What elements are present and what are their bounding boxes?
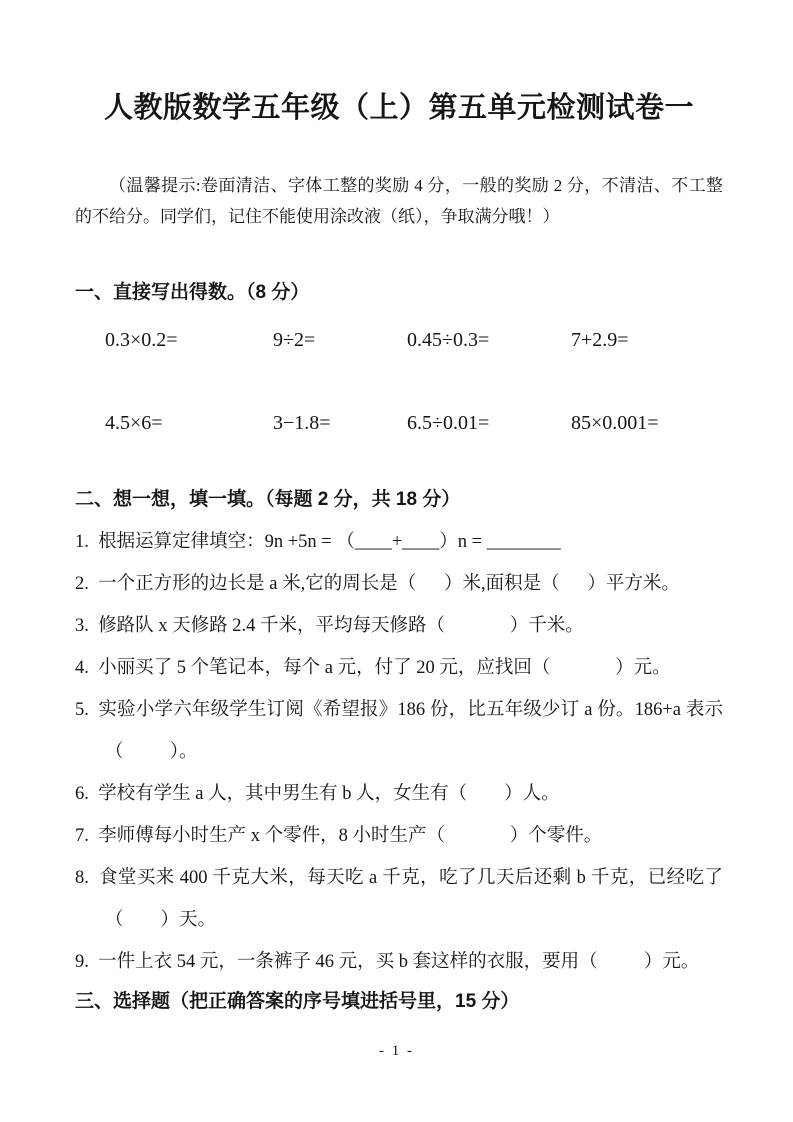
section-fill-in-blanks: 二、想一想，填一填。（每题 2 分，共 18 分） 1. 根据运算定律填空：9n… [75,485,723,983]
fill-item-4: 4. 小丽买了 5 个笔记本，每个 a 元，付了 20 元，应找回（ ）元。 [75,647,723,689]
calc-row-1: 0.3×0.2= 9÷2= 0.45÷0.3= 7+2.9= [75,326,723,354]
fill-item-3: 3. 修路队 x 天修路 2.4 千米，平均每天修路（ ）千米。 [75,605,723,647]
calc-problem: 7+2.9= [571,326,723,354]
test-paper-page: 人教版数学五年级（上）第五单元检测试卷一 （温馨提示:卷面清洁、字体工整的奖励 … [0,0,793,1122]
fill-item-9: 9. 一件上衣 54 元，一条裤子 46 元，买 b 套这样的衣服，要用（ ）元… [75,941,723,983]
fill-item-2: 2. 一个正方形的边长是 a 米,它的周长是（ ）米,面积是（ ）平方米。 [75,563,723,605]
fill-item-8: 8. 食堂买来 400 千克大米，每天吃 a 千克，吃了几天后还剩 b 千克，已… [75,857,723,941]
calc-problem: 9÷2= [273,326,407,354]
page-title: 人教版数学五年级（上）第五单元检测试卷一 [75,88,723,128]
page-number: - 1 - [0,1043,793,1060]
calc-problem: 0.3×0.2= [105,326,273,354]
calc-row-2: 4.5×6= 3−1.8= 6.5÷0.01= 85×0.001= [75,409,723,437]
section-two-heading: 二、想一想，填一填。（每题 2 分，共 18 分） [75,485,723,515]
section-one-heading: 一、直接写出得数。（8 分） [75,278,723,308]
fill-item-5: 5. 实验小学六年级学生订阅《希望报》186 份，比五年级少订 a 份。186+… [75,689,723,773]
fill-item-1: 1. 根据运算定律填空：9n +5n = （____+____）n = ____… [75,521,723,563]
fill-item-6: 6. 学校有学生 a 人，其中男生有 b 人，女生有（ ）人。 [75,773,723,815]
exam-hint-paragraph: （温馨提示:卷面清洁、字体工整的奖励 4 分，一般的奖励 2 分，不清洁、不工整… [75,170,723,232]
calc-problem: 6.5÷0.01= [407,409,571,437]
calc-problem: 85×0.001= [571,409,723,437]
section-three-heading: 三、选择题（把正确答案的序号填进括号里，15 分） [75,987,723,1017]
calc-problem: 3−1.8= [273,409,407,437]
fill-item-7: 7. 李师傅每小时生产 x 个零件，8 小时生产（ ）个零件。 [75,815,723,857]
calc-problem: 4.5×6= [105,409,273,437]
section-multiple-choice: 三、选择题（把正确答案的序号填进括号里，15 分） [75,987,723,1017]
section-direct-calculation: 一、直接写出得数。（8 分） 0.3×0.2= 9÷2= 0.45÷0.3= 7… [75,278,723,437]
calc-problem: 0.45÷0.3= [407,326,571,354]
fill-in-items: 1. 根据运算定律填空：9n +5n = （____+____）n = ____… [75,521,723,983]
